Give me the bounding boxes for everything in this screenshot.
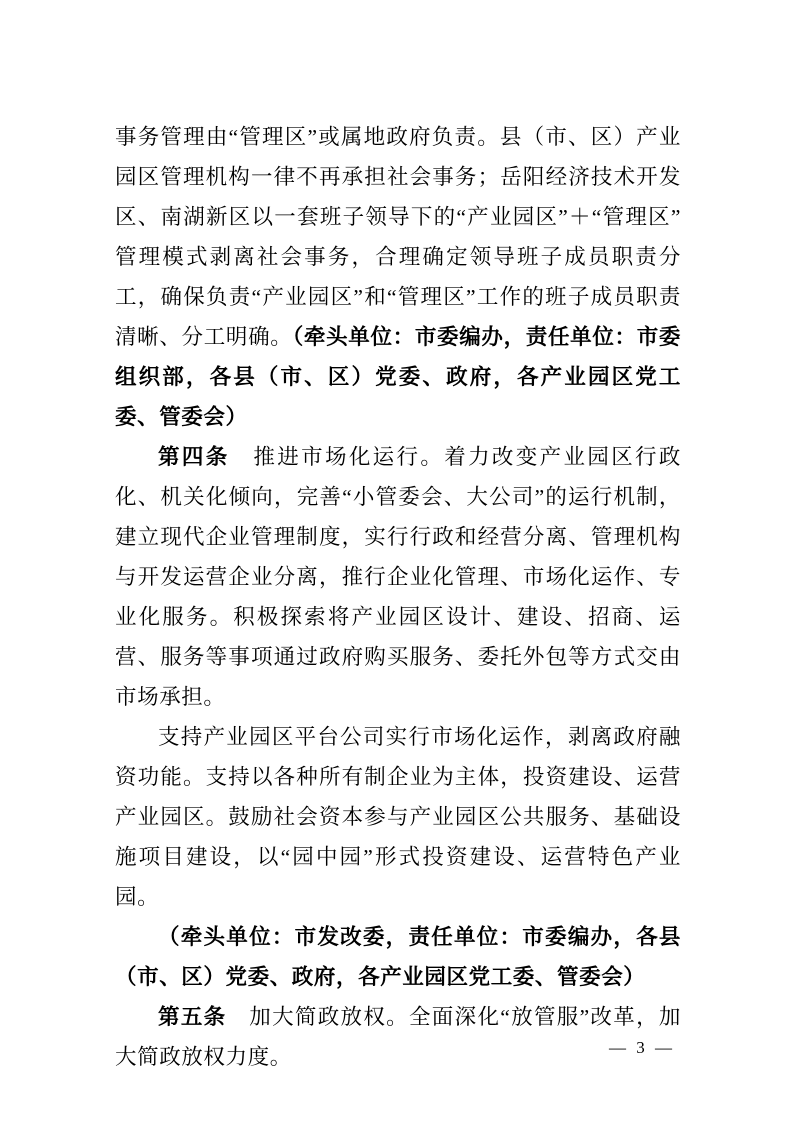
paragraph-text: 支持产业园区平台公司实行市场化运作，剥离政府融资功能。支持以各种所有制企业为主体… — [115, 725, 681, 909]
lead-responsible-units-text: （牵头单位：市发改委，责任单位：市委编办，各县（市、区）党委、政府，各产业园区党… — [115, 925, 681, 989]
paragraph-article-4-units: （牵头单位：市发改委，责任单位：市委编办，各县（市、区）党委、政府，各产业园区党… — [115, 917, 681, 997]
document-page: 事务管理由“管理区”或属地政府负责。县（市、区）产业园区管理机构一律不再承担社会… — [0, 0, 793, 1122]
document-body: 事务管理由“管理区”或属地政府负责。县（市、区）产业园区管理机构一律不再承担社会… — [115, 117, 681, 1077]
continuation-paragraph-article-3: 事务管理由“管理区”或属地政府负责。县（市、区）产业园区管理机构一律不再承担社会… — [115, 117, 681, 437]
paragraph-text: 事务管理由“管理区”或属地政府负责。县（市、区）产业园区管理机构一律不再承担社会… — [115, 125, 681, 349]
page-number: — 3 — — [609, 1036, 675, 1060]
paragraph-article-5: 第五条 加大简政放权。全面深化“放管服”改革，加大简政放权力度。 — [115, 997, 681, 1077]
article-number: 第四条 — [158, 445, 230, 469]
paragraph-article-4: 第四条 推进市场化运行。着力改变产业园区行政化、机关化倾向，完善“小管委会、大公… — [115, 437, 681, 717]
paragraph-article-4-support: 支持产业园区平台公司实行市场化运作，剥离政府融资功能。支持以各种所有制企业为主体… — [115, 717, 681, 917]
article-number: 第五条 — [158, 1005, 226, 1029]
paragraph-text: 推进市场化运行。着力改变产业园区行政化、机关化倾向，完善“小管委会、大公司”的运… — [115, 445, 681, 709]
